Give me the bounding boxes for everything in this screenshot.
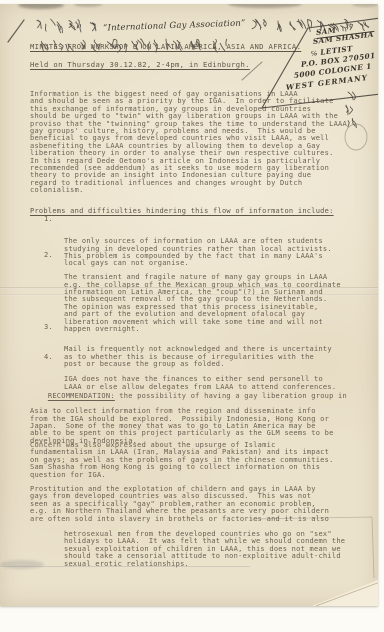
graphite-smudge: [0, 560, 44, 569]
handwritten-chinese-text: [30, 17, 100, 34]
margin-annotation: [343, 90, 358, 130]
prostitution-paragraph: Prostitution and the explotation of chil…: [30, 486, 329, 523]
scan-background: { "page": { "background": "#fcfbf5", "pa…: [0, 0, 384, 632]
paper-edge-smudge: [352, 4, 378, 7]
intro-paragraph: Information is the biggest need of gay o…: [30, 91, 347, 195]
item-number: 4.: [44, 354, 53, 361]
margin-slash-mark: [8, 20, 24, 42]
concern-paragraph: Concern was also wxpressed about the ups…: [30, 442, 334, 479]
paper-page: “International Gay Association” MINUTES …: [0, 4, 378, 606]
paper-edge-smudge: [74, 4, 102, 7]
paper-edge-smudge: [228, 4, 302, 8]
item-number: 3.: [44, 324, 53, 331]
handwritten-chinese-text: [343, 90, 358, 130]
handwritten-note-line1: “International Gay Association”: [30, 17, 352, 34]
sex-holiday-paragraph: hetrosexual men from the developed count…: [64, 531, 345, 568]
recommendation-first-line: the possibility of having a gay liberati…: [115, 392, 347, 400]
problems-heading: Problems and difficulties hindering this…: [30, 208, 334, 215]
recommendation-text: Asia to collect information from the reg…: [30, 408, 347, 445]
document-date-line: Held on Thursday 30.12.82, 2-4pm, in Edi…: [30, 61, 250, 68]
item-number: 2.: [44, 252, 53, 259]
recommendation-label: RECOMMENDATION:: [48, 392, 115, 400]
paper-edge-smudge: [18, 4, 64, 9]
corner-fold: [312, 580, 378, 606]
item-number: 1.: [44, 216, 53, 223]
document-title: MINUTES FROM WORKSHOP B ON LATIN AMERICA…: [30, 43, 301, 50]
handwritten-english-text: “International Gay Association”: [103, 18, 246, 33]
